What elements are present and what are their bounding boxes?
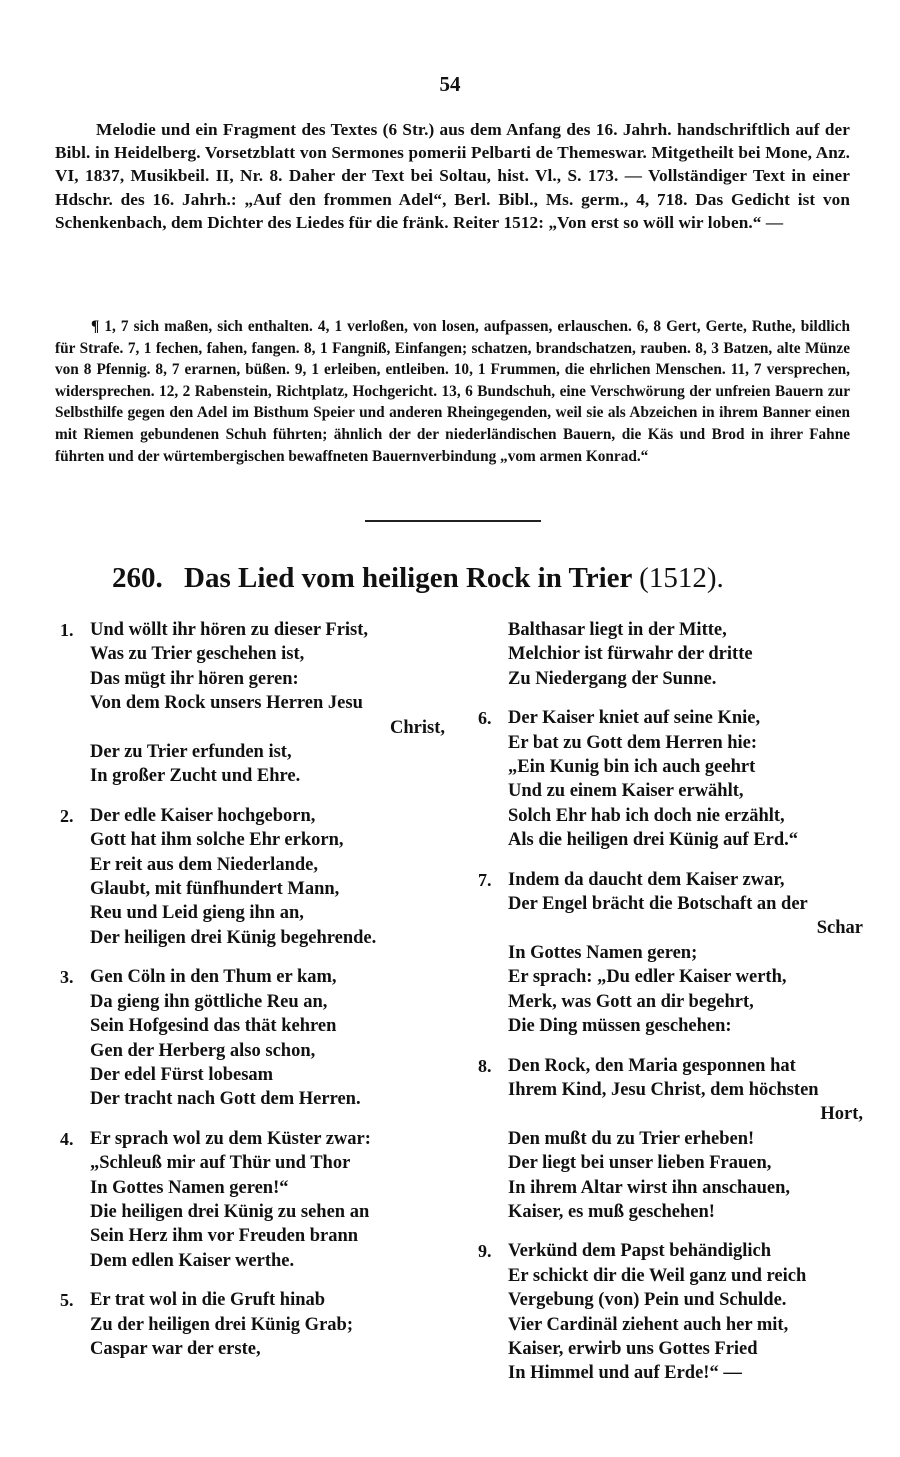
stanza: 6.Der Kaiser kniet auf seine Knie,Er bat… bbox=[478, 706, 883, 852]
verse-line: Den mußt du zu Trier erheben! bbox=[478, 1127, 883, 1151]
verse-line: Den Rock, den Maria gesponnen hat bbox=[478, 1054, 883, 1078]
verse-line: Caspar war der erste, bbox=[60, 1337, 465, 1361]
verse-line: Verkünd dem Papst behändiglich bbox=[478, 1239, 883, 1263]
song-title: 260. Das Lied vom heiligen Rock in Trier… bbox=[112, 562, 832, 595]
verse-line: In Gottes Namen geren; bbox=[478, 941, 883, 965]
stanza: 1.Und wöllt ihr hören zu dieser Frist,Wa… bbox=[60, 618, 465, 789]
verse-line: Und wöllt ihr hören zu dieser Frist, bbox=[60, 618, 465, 642]
verse-line: Melchior ist fürwahr der dritte bbox=[478, 642, 883, 666]
stanza-number: 8. bbox=[478, 1054, 492, 1078]
stanza: Balthasar liegt in der Mitte,Melchior is… bbox=[478, 618, 883, 691]
verse-line: Er bat zu Gott dem Herren hie: bbox=[478, 731, 883, 755]
stanza: 3.Gen Cöln in den Thum er kam,Da gieng i… bbox=[60, 965, 465, 1111]
verse-line: Die Ding müssen geschehen: bbox=[478, 1014, 883, 1038]
stanza-number: 4. bbox=[60, 1127, 74, 1151]
verse-line: Indem da daucht dem Kaiser zwar, bbox=[478, 868, 883, 892]
stanza-number: 3. bbox=[60, 965, 74, 989]
stanza-number: 2. bbox=[60, 804, 74, 828]
verse-line: Balthasar liegt in der Mitte, bbox=[478, 618, 883, 642]
stanza-gap bbox=[60, 1273, 465, 1288]
verse-line: Der tracht nach Gott dem Herren. bbox=[60, 1087, 465, 1111]
verse-line: Kaiser, es muß geschehen! bbox=[478, 1200, 883, 1224]
stanza-number: 6. bbox=[478, 706, 492, 730]
verse-line: Zu der heiligen drei Künig Grab; bbox=[60, 1313, 465, 1337]
verse-line: Die heiligen drei Künig zu sehen an bbox=[60, 1200, 465, 1224]
stanza-gap bbox=[60, 1112, 465, 1127]
verse-line: Der Engel brächt die Botschaft an der bbox=[478, 892, 883, 916]
stanza: 9.Verkünd dem Papst behändiglichEr schic… bbox=[478, 1239, 883, 1385]
verse-line: Reu und Leid gieng ihn an, bbox=[60, 901, 465, 925]
verse-line: Zu Niedergang der Sunne. bbox=[478, 667, 883, 691]
verse-line: Sein Herz ihm vor Freuden brann bbox=[60, 1224, 465, 1248]
verse-line: Christ, bbox=[60, 716, 465, 740]
footnotes: ¶ 1, 7 sich maßen, sich enthalten. 4, 1 … bbox=[55, 316, 850, 467]
intro-paragraph: Melodie und ein Fragment des Textes (6 S… bbox=[55, 118, 850, 234]
verse-line: Vergebung (von) Pein und Schulde. bbox=[478, 1288, 883, 1312]
verse-line: Da gieng ihn göttliche Reu an, bbox=[60, 990, 465, 1014]
verse-line: Er schickt dir die Weil ganz und reich bbox=[478, 1264, 883, 1288]
stanza-gap bbox=[478, 1039, 883, 1054]
verse-line: Der liegt bei unser lieben Frauen, bbox=[478, 1151, 883, 1175]
stanza-number: 5. bbox=[60, 1288, 74, 1312]
verse-line: In Himmel und auf Erde!“ — bbox=[478, 1361, 883, 1385]
verse-line: Von dem Rock unsers Herren Jesu bbox=[60, 691, 465, 715]
left-column: 1.Und wöllt ihr hören zu dieser Frist,Wa… bbox=[60, 618, 465, 1361]
verse-line: Gen der Herberg also schon, bbox=[60, 1039, 465, 1063]
verse-line: „Schleuß mir auf Thür und Thor bbox=[60, 1151, 465, 1175]
verse-line: Der edel Fürst lobesam bbox=[60, 1063, 465, 1087]
song-title-text: Das Lied vom heiligen Rock in Trier bbox=[184, 562, 632, 594]
stanza: 4.Er sprach wol zu dem Küster zwar:„Schl… bbox=[60, 1127, 465, 1273]
stanza-gap bbox=[478, 853, 883, 868]
verse-line: Schar bbox=[478, 916, 883, 940]
verse-line: Er sprach wol zu dem Küster zwar: bbox=[60, 1127, 465, 1151]
verse-line: Der Kaiser kniet auf seine Knie, bbox=[478, 706, 883, 730]
footnotes-text: ¶ 1, 7 sich maßen, sich enthalten. 4, 1 … bbox=[55, 316, 850, 467]
verse-line: Der zu Trier erfunden ist, bbox=[60, 740, 465, 764]
stanza-number: 1. bbox=[60, 618, 74, 642]
verse-line: In Gottes Namen geren!“ bbox=[60, 1176, 465, 1200]
verse-line: Merk, was Gott an dir begehrt, bbox=[478, 990, 883, 1014]
verse-line: Sein Hofgesind das thät kehren bbox=[60, 1014, 465, 1038]
verse-line: Kaiser, erwirb uns Gottes Fried bbox=[478, 1337, 883, 1361]
verse-line: Als die heiligen drei Künig auf Erd.“ bbox=[478, 828, 883, 852]
song-year: (1512). bbox=[639, 562, 724, 594]
verse-line: Der edle Kaiser hochgeborn, bbox=[60, 804, 465, 828]
verse-line: Und zu einem Kaiser erwählt, bbox=[478, 779, 883, 803]
verse-line: Gott hat ihm solche Ehr erkorn, bbox=[60, 828, 465, 852]
stanza-number: 9. bbox=[478, 1239, 492, 1263]
verse-line: Vier Cardinäl ziehent auch her mit, bbox=[478, 1313, 883, 1337]
stanza-number: 7. bbox=[478, 868, 492, 892]
right-column: Balthasar liegt in der Mitte,Melchior is… bbox=[478, 618, 883, 1386]
verse-line: In großer Zucht und Ehre. bbox=[60, 764, 465, 788]
verse-line: Ihrem Kind, Jesu Christ, dem höchsten bbox=[478, 1078, 883, 1102]
stanza: 2.Der edle Kaiser hochgeborn,Gott hat ih… bbox=[60, 804, 465, 950]
stanza-gap bbox=[60, 789, 465, 804]
stanza-gap bbox=[60, 950, 465, 965]
verse-line: Er trat wol in die Gruft hinab bbox=[60, 1288, 465, 1312]
stanza: 8.Den Rock, den Maria gesponnen hatIhrem… bbox=[478, 1054, 883, 1225]
stanza: 5.Er trat wol in die Gruft hinabZu der h… bbox=[60, 1288, 465, 1361]
stanza: 7.Indem da daucht dem Kaiser zwar,Der En… bbox=[478, 868, 883, 1039]
verse-line: Solch Ehr hab ich doch nie erzählt, bbox=[478, 804, 883, 828]
verse-line: Glaubt, mit fünfhundert Mann, bbox=[60, 877, 465, 901]
verse-line: Hort, bbox=[478, 1102, 883, 1126]
song-number: 260. bbox=[112, 562, 163, 594]
verse-line: In ihrem Altar wirst ihn anschauen, bbox=[478, 1176, 883, 1200]
verse-line: Was zu Trier geschehen ist, bbox=[60, 642, 465, 666]
verse-line: Er sprach: „Du edler Kaiser werth, bbox=[478, 965, 883, 989]
page-number: 54 bbox=[0, 72, 900, 97]
section-divider bbox=[365, 520, 541, 522]
verse-line: Dem edlen Kaiser werthe. bbox=[60, 1249, 465, 1273]
verse-line: Der heiligen drei Künig begehrende. bbox=[60, 926, 465, 950]
verse-line: „Ein Kunig bin ich auch geehrt bbox=[478, 755, 883, 779]
verse-line: Er reit aus dem Niederlande, bbox=[60, 853, 465, 877]
intro-text: Melodie und ein Fragment des Textes (6 S… bbox=[55, 118, 850, 234]
verse-line: Das mügt ihr hören geren: bbox=[60, 667, 465, 691]
verse-line: Gen Cöln in den Thum er kam, bbox=[60, 965, 465, 989]
stanza-gap bbox=[478, 691, 883, 706]
stanza-gap bbox=[478, 1224, 883, 1239]
